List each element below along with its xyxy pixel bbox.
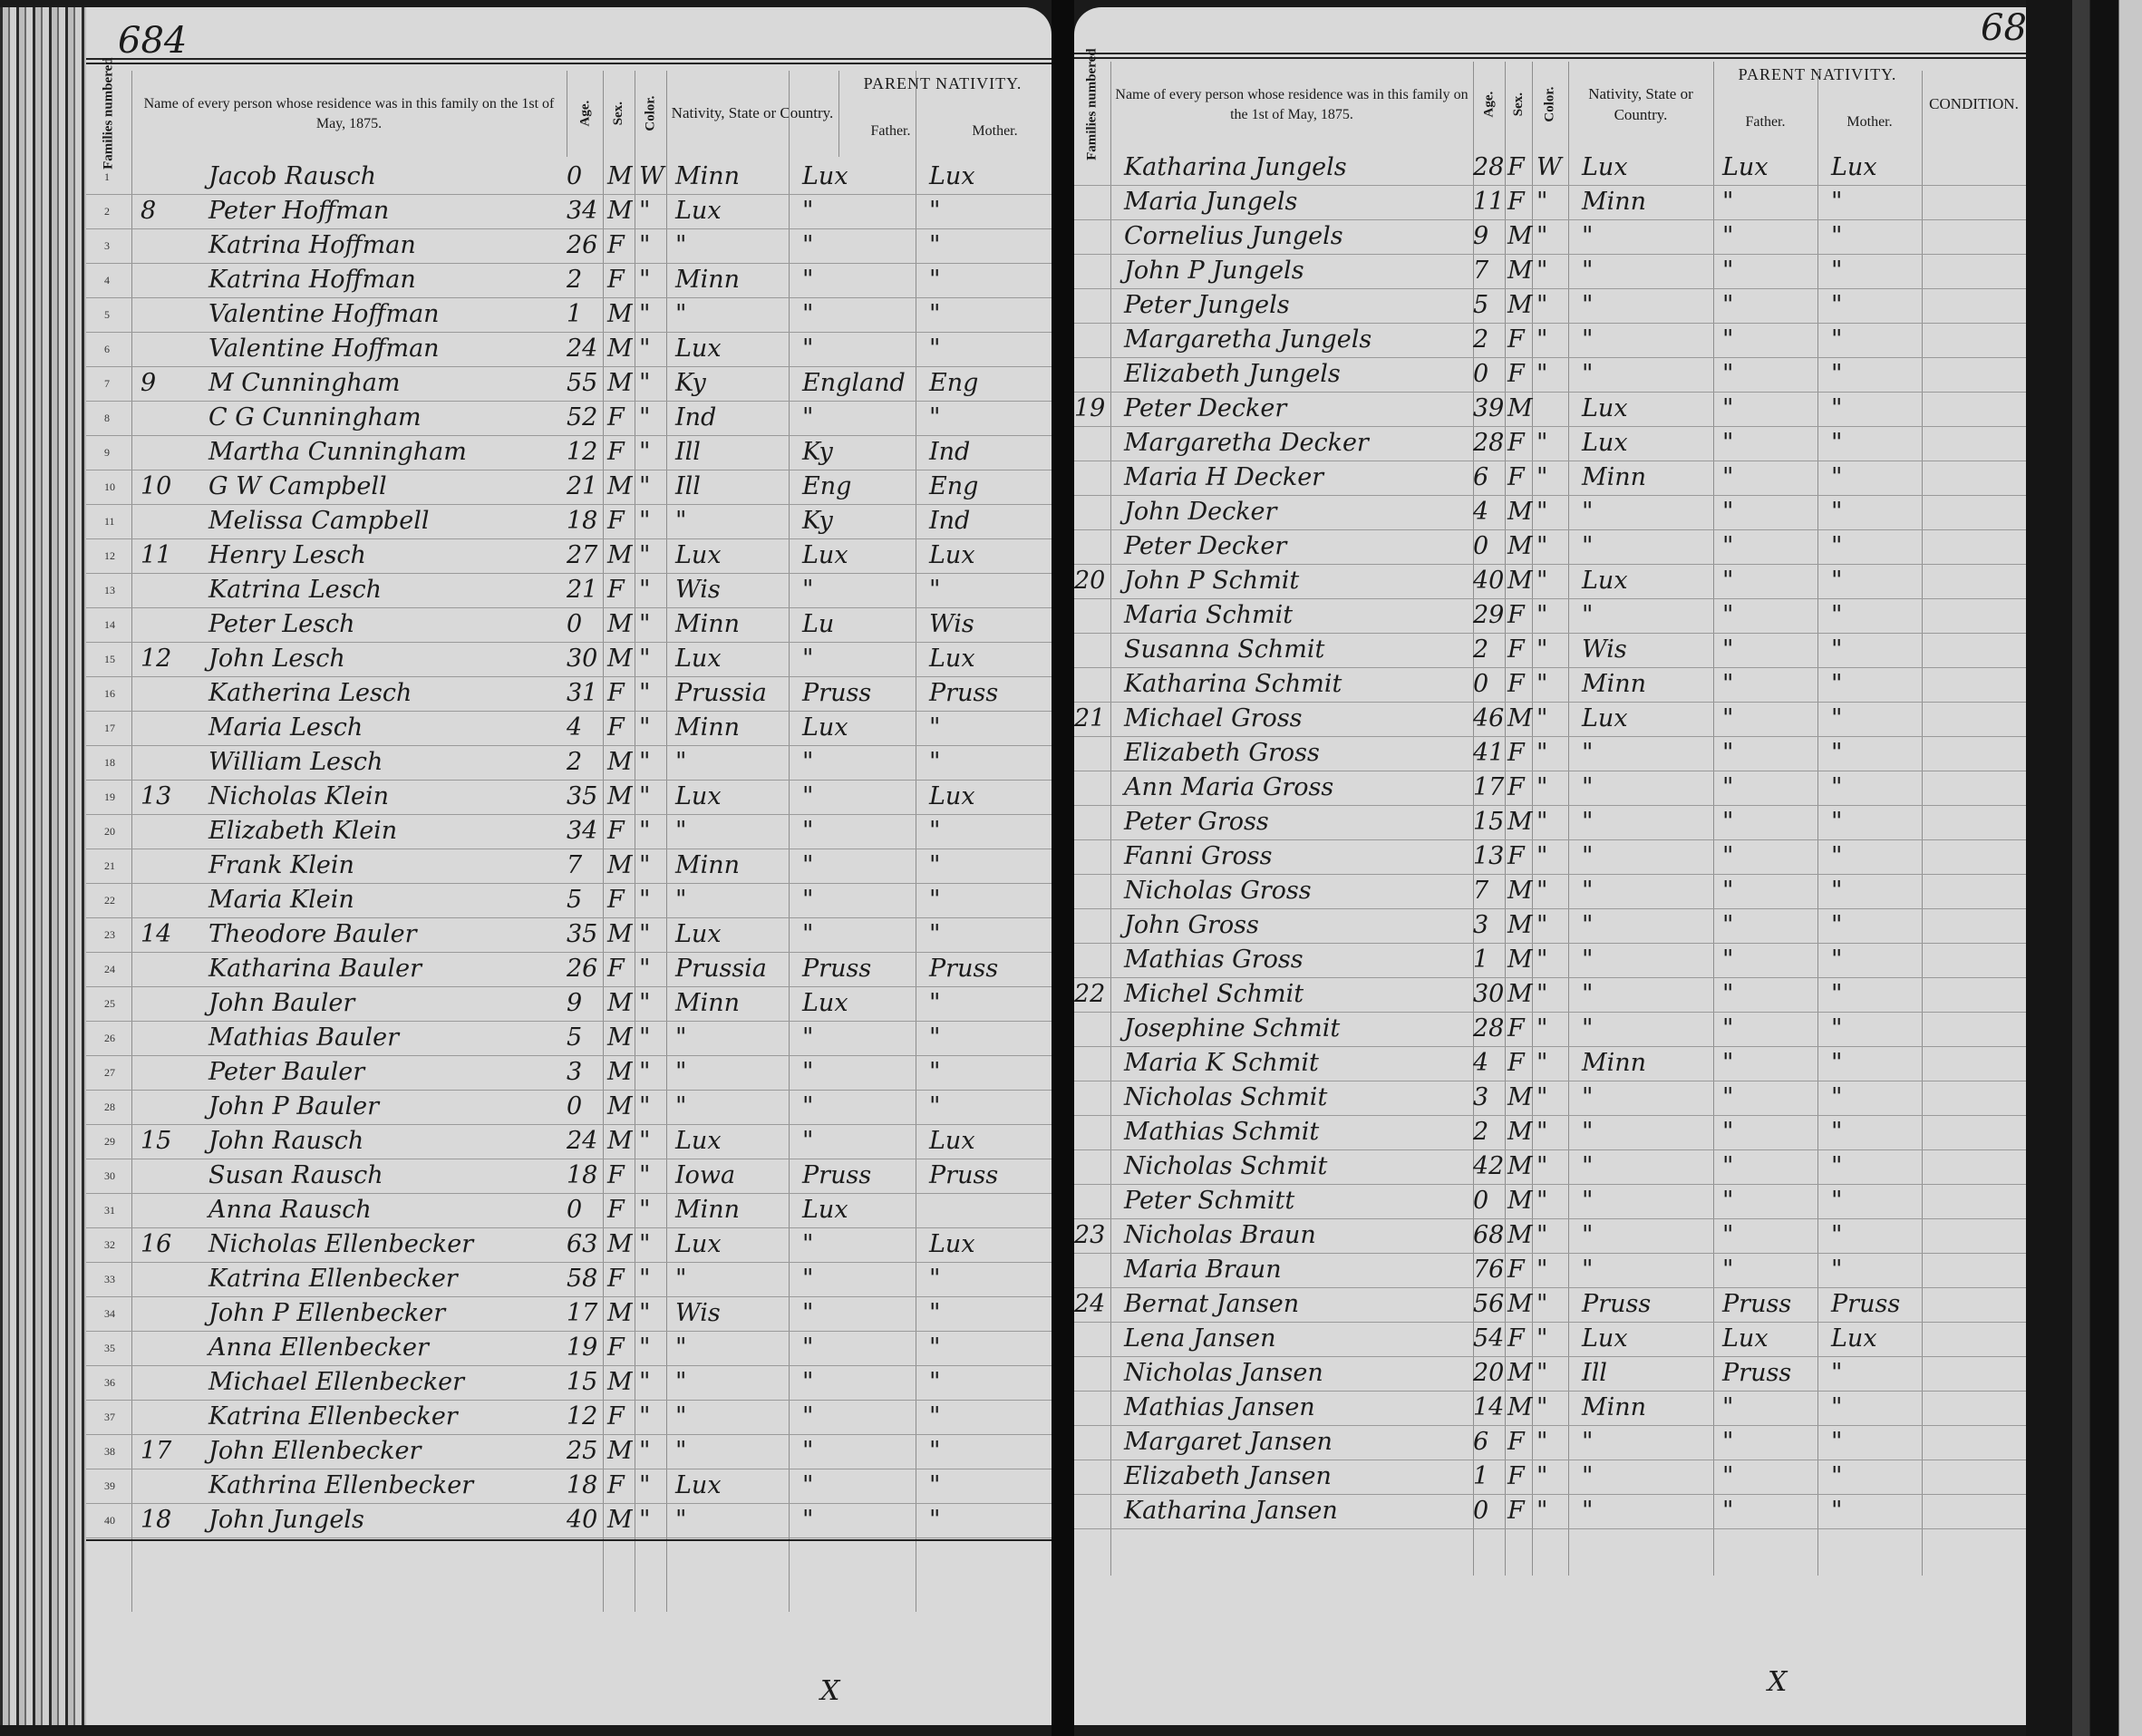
age-value: 4 — [1473, 1046, 1488, 1081]
color-value: " — [1536, 1494, 1547, 1528]
color-value: " — [639, 1021, 650, 1055]
age-value: 34 — [567, 814, 597, 849]
color-value: " — [1536, 736, 1547, 771]
ledger-row: Nicholas Schmit42M"""" — [1074, 1149, 2026, 1185]
ledger-row: 1211Henry Lesch27M"LuxLuxLux — [86, 538, 1052, 574]
line-number: 25 — [104, 986, 115, 1021]
sex-value: M — [607, 194, 633, 228]
line-number: 1 — [104, 160, 110, 194]
color-value: " — [639, 538, 650, 573]
person-name: Katrina Ellenbecker — [208, 1400, 458, 1434]
color-value: " — [1536, 943, 1547, 977]
header-sex: Sex. — [1505, 62, 1533, 148]
sex-value: M — [1507, 702, 1533, 736]
line-number: 21 — [104, 849, 115, 883]
age-value: 68 — [1473, 1218, 1504, 1253]
page-number: 685 — [1981, 7, 2026, 49]
sex-value: F — [607, 814, 625, 849]
mother-nativity: Lux — [1831, 1322, 1877, 1356]
mother-nativity: " — [1831, 908, 1842, 943]
father-nativity: " — [1722, 357, 1733, 392]
father-nativity: " — [1722, 185, 1733, 219]
age-value: 18 — [567, 504, 597, 538]
father-nativity: " — [1722, 805, 1733, 839]
nativity-value: " — [1582, 771, 1593, 805]
mother-nativity: Eng — [929, 470, 978, 504]
color-value: " — [1536, 288, 1547, 323]
father-nativity: " — [1722, 839, 1733, 874]
column-header: Families numbered Name of every person w… — [86, 71, 1052, 157]
person-name: Martha Cunningham — [208, 435, 467, 470]
father-nativity: " — [1722, 392, 1733, 426]
mother-nativity: " — [1831, 1218, 1842, 1253]
father-nativity: " — [802, 1331, 813, 1365]
sex-value: F — [1507, 598, 1525, 633]
age-value: 3 — [1473, 1081, 1488, 1115]
header-color: Color. — [1532, 62, 1569, 148]
sex-value: F — [607, 952, 625, 986]
color-value: " — [639, 573, 650, 607]
family-number: 10 — [141, 470, 171, 504]
age-value: 12 — [567, 1400, 597, 1434]
sex-value: M — [607, 1296, 633, 1331]
sex-value: M — [607, 470, 633, 504]
age-value: 28 — [1473, 150, 1504, 185]
nativity-value: " — [675, 814, 686, 849]
nativity-value: " — [1582, 1081, 1593, 1115]
age-value: 55 — [567, 366, 597, 401]
color-value: " — [1536, 529, 1547, 564]
sex-value: F — [607, 1159, 625, 1193]
mother-nativity: " — [929, 1021, 940, 1055]
ledger-row: 4018John Jungels40M"""" — [86, 1503, 1052, 1538]
color-value: " — [1536, 598, 1547, 633]
person-name: John P Schmit — [1124, 564, 1299, 598]
sex-value: F — [1507, 1253, 1525, 1287]
sex-value: F — [607, 504, 625, 538]
person-name: Peter Gross — [1124, 805, 1269, 839]
nativity-value: " — [1582, 288, 1593, 323]
color-value: " — [639, 470, 650, 504]
line-number: 16 — [104, 676, 115, 711]
line-number: 30 — [104, 1159, 115, 1193]
age-value: 24 — [567, 1124, 597, 1159]
father-nativity: " — [802, 194, 813, 228]
age-value: 1 — [567, 297, 582, 332]
person-name: Peter Lesch — [208, 607, 355, 642]
nativity-value: Minn — [675, 1193, 740, 1227]
color-value: " — [1536, 461, 1547, 495]
nativity-value: " — [1582, 1460, 1593, 1494]
nativity-value: Lux — [675, 332, 722, 366]
line-number: 38 — [104, 1434, 115, 1469]
age-value: 2 — [1473, 1115, 1488, 1149]
header-nativity: Nativity, State or Country. — [1568, 62, 1714, 148]
age-value: 3 — [567, 1055, 582, 1090]
father-nativity: Ky — [802, 435, 833, 470]
mother-nativity: Pruss — [929, 1159, 998, 1193]
color-value: " — [639, 1193, 650, 1227]
color-value: " — [1536, 357, 1547, 392]
person-name: Peter Bauler — [208, 1055, 364, 1090]
color-value: " — [1536, 1012, 1547, 1046]
nativity-value: Ill — [675, 470, 701, 504]
sex-value: F — [1507, 1494, 1525, 1528]
person-name: Anna Ellenbecker — [208, 1331, 429, 1365]
sex-value: F — [1507, 323, 1525, 357]
age-value: 20 — [1473, 1356, 1504, 1391]
sex-value: M — [1507, 529, 1533, 564]
sex-value: M — [607, 607, 633, 642]
nativity-value: Minn — [675, 986, 740, 1021]
nativity-value: " — [1582, 1494, 1593, 1528]
mother-nativity: " — [929, 1055, 940, 1090]
sex-value: M — [1507, 1149, 1533, 1184]
ledger-row: 2314Theodore Bauler35M"Lux"" — [86, 917, 1052, 953]
nativity-value: " — [1582, 908, 1593, 943]
person-name: Michael Gross — [1124, 702, 1303, 736]
mother-nativity: Lux — [929, 160, 975, 194]
mother-nativity: " — [929, 849, 940, 883]
line-number: 29 — [104, 1124, 115, 1159]
age-value: 18 — [567, 1159, 597, 1193]
person-name: Nicholas Ellenbecker — [208, 1227, 473, 1262]
person-name: Susan Rausch — [208, 1159, 383, 1193]
mother-nativity: Pruss — [929, 952, 998, 986]
sex-value: M — [607, 1503, 633, 1537]
age-value: 7 — [567, 849, 582, 883]
father-nativity: " — [802, 228, 813, 263]
age-value: 28 — [1473, 426, 1504, 461]
color-value: " — [639, 745, 650, 780]
father-nativity: " — [1722, 1046, 1733, 1081]
mother-nativity: " — [1831, 1149, 1842, 1184]
color-value: W — [639, 160, 664, 194]
ledger-row: 23Nicholas Braun68M"""" — [1074, 1218, 2026, 1254]
mother-nativity: " — [929, 573, 940, 607]
person-name: Elizabeth Jansen — [1124, 1460, 1332, 1494]
mother-nativity: " — [929, 332, 940, 366]
age-value: 19 — [567, 1331, 597, 1365]
page-edges — [0, 7, 86, 1725]
age-value: 9 — [1473, 219, 1488, 254]
color-value: " — [1536, 702, 1547, 736]
person-name: John Lesch — [208, 642, 345, 676]
color-value: " — [639, 814, 650, 849]
mother-nativity: " — [1831, 529, 1842, 564]
person-name: Valentine Hoffman — [208, 332, 440, 366]
family-number: 16 — [141, 1227, 171, 1262]
family-number: 14 — [141, 917, 171, 952]
ledger-row: 34John P Ellenbecker17M"Wis"" — [86, 1296, 1052, 1332]
father-nativity: " — [1722, 529, 1733, 564]
line-number: 5 — [104, 297, 110, 332]
nativity-value: Lux — [675, 642, 722, 676]
age-value: 9 — [567, 986, 582, 1021]
person-name: John P Bauler — [208, 1090, 379, 1124]
color-value: " — [639, 642, 650, 676]
family-number: 19 — [1074, 392, 1105, 426]
ledger-row: 27Peter Bauler3M"""" — [86, 1055, 1052, 1091]
person-name: Henry Lesch — [208, 538, 366, 573]
color-value: " — [639, 1159, 650, 1193]
ledger-row: Maria Jungels11F"Minn"" — [1074, 185, 2026, 220]
age-value: 26 — [567, 952, 597, 986]
ledger-row: Mathias Schmit2M"""" — [1074, 1115, 2026, 1150]
father-nativity: " — [802, 1365, 813, 1400]
nativity-value: " — [1582, 598, 1593, 633]
color-value: " — [639, 917, 650, 952]
person-name: Frank Klein — [208, 849, 354, 883]
ledger-row: Maria Schmit29F"""" — [1074, 598, 2026, 634]
color-value: " — [639, 228, 650, 263]
family-number: 17 — [141, 1434, 171, 1469]
age-value: 18 — [567, 1469, 597, 1503]
sex-value: M — [1507, 874, 1533, 908]
nativity-value: " — [1582, 529, 1593, 564]
mother-nativity: " — [1831, 1391, 1842, 1425]
nativity-value: " — [675, 1365, 686, 1400]
sex-value: F — [1507, 633, 1525, 667]
sex-value: M — [607, 642, 633, 676]
father-nativity: " — [1722, 1184, 1733, 1218]
age-value: 6 — [1473, 461, 1488, 495]
father-nativity: " — [1722, 1460, 1733, 1494]
person-name: Katharina Schmit — [1124, 667, 1342, 702]
father-nativity: Lux — [1722, 150, 1769, 185]
age-value: 14 — [1473, 1391, 1504, 1425]
mother-nativity: " — [1831, 1460, 1842, 1494]
nativity-value: " — [1582, 219, 1593, 254]
sex-value: F — [607, 228, 625, 263]
ledger-row: 79M Cunningham55M"KyEnglandEng — [86, 366, 1052, 402]
color-value: " — [639, 504, 650, 538]
family-number: 18 — [141, 1503, 171, 1537]
nativity-value: " — [675, 228, 686, 263]
sex-value: M — [607, 366, 633, 401]
sex-value: M — [1507, 1287, 1533, 1322]
color-value: " — [639, 1262, 650, 1296]
nativity-value: Minn — [675, 607, 740, 642]
family-number: 20 — [1074, 564, 1105, 598]
header-color: Color. — [635, 71, 667, 157]
line-number: 8 — [104, 401, 110, 435]
person-name: John Bauler — [208, 986, 354, 1021]
nativity-value: Lux — [1582, 392, 1628, 426]
header-age: Age. — [1473, 62, 1506, 148]
ledger-row: 36Michael Ellenbecker15M"""" — [86, 1365, 1052, 1401]
age-value: 34 — [567, 194, 597, 228]
nativity-value: Lux — [1582, 564, 1628, 598]
sex-value: F — [607, 676, 625, 711]
nativity-value: Prussia — [675, 952, 767, 986]
sex-value: F — [1507, 185, 1525, 219]
ledger-row: 3Katrina Hoffman26F"""" — [86, 228, 1052, 264]
age-value: 35 — [567, 917, 597, 952]
sex-value: F — [607, 401, 625, 435]
line-number: 9 — [104, 435, 110, 470]
color-value: " — [1536, 1391, 1547, 1425]
color-value: " — [1536, 564, 1547, 598]
person-name: Margaretha Decker — [1124, 426, 1369, 461]
ledger-row: 28John P Bauler0M"""" — [86, 1090, 1052, 1125]
person-name: Susanna Schmit — [1124, 633, 1324, 667]
ledger-row: Elizabeth Jansen1F"""" — [1074, 1460, 2026, 1495]
sex-value: F — [607, 263, 625, 297]
line-number: 39 — [104, 1469, 115, 1503]
nativity-value: " — [675, 1434, 686, 1469]
color-value: " — [1536, 185, 1547, 219]
sex-value: M — [607, 780, 633, 814]
person-name: Anna Rausch — [208, 1193, 372, 1227]
father-nativity: " — [1722, 771, 1733, 805]
family-number: 24 — [1074, 1287, 1105, 1322]
ledger-row: 22Michel Schmit30M"""" — [1074, 977, 2026, 1013]
nativity-value: Lux — [675, 917, 722, 952]
header-mother: Mother. — [943, 123, 1047, 140]
person-name: John Ellenbecker — [208, 1434, 421, 1469]
ledger-row: 18William Lesch2M"""" — [86, 745, 1052, 781]
person-name: Nicholas Jansen — [1124, 1356, 1323, 1391]
nativity-value: Lux — [1582, 1322, 1628, 1356]
mother-nativity: " — [1831, 323, 1842, 357]
ledger-row: Josephine Schmit28F"""" — [1074, 1012, 2026, 1047]
person-name: Nicholas Schmit — [1124, 1081, 1327, 1115]
person-name: Jacob Rausch — [208, 160, 376, 194]
header-nativity: Nativity, State or Country. — [666, 71, 839, 157]
father-nativity: " — [1722, 736, 1733, 771]
age-value: 46 — [1473, 702, 1504, 736]
ledger-row: Maria H Decker6F"Minn"" — [1074, 461, 2026, 496]
father-nativity: " — [1722, 1391, 1733, 1425]
nativity-value: Ky — [675, 366, 706, 401]
person-name: Lena Jansen — [1124, 1322, 1276, 1356]
father-nativity: " — [802, 1124, 813, 1159]
age-value: 52 — [567, 401, 597, 435]
ledger-row: Margaret Jansen6F"""" — [1074, 1425, 2026, 1460]
father-nativity: " — [802, 814, 813, 849]
nativity-value: Minn — [1582, 185, 1646, 219]
age-value: 3 — [1473, 908, 1488, 943]
color-value: " — [639, 607, 650, 642]
person-name: Bernat Jansen — [1124, 1287, 1299, 1322]
ledger-row: 17Maria Lesch4F"MinnLux" — [86, 711, 1052, 746]
ledger-row: 1010G W Campbell21M"IllEngEng — [86, 470, 1052, 505]
color-value: " — [639, 1227, 650, 1262]
person-name: Nicholas Gross — [1124, 874, 1312, 908]
line-number: 11 — [104, 504, 115, 538]
age-value: 21 — [567, 470, 597, 504]
ledger-row: 1913Nicholas Klein35M"Lux"Lux — [86, 780, 1052, 815]
ledger-row: Maria Braun76F"""" — [1074, 1253, 2026, 1288]
nativity-value: " — [675, 504, 686, 538]
father-nativity: " — [802, 1227, 813, 1262]
mother-nativity: " — [929, 1331, 940, 1365]
person-name: Peter Jungels — [1124, 288, 1290, 323]
nativity-value: " — [1582, 1012, 1593, 1046]
color-value: " — [639, 1503, 650, 1537]
age-value: 24 — [567, 332, 597, 366]
sex-value: F — [1507, 771, 1525, 805]
father-nativity: " — [1722, 564, 1733, 598]
ledger-row: 28Peter Hoffman34M"Lux"" — [86, 194, 1052, 229]
nativity-value: " — [1582, 254, 1593, 288]
line-number: 32 — [104, 1227, 115, 1262]
person-name: Katrina Ellenbecker — [208, 1262, 458, 1296]
ledger-row: Katharina Jungels28FWLuxLuxLux — [1074, 150, 2026, 186]
sex-value: M — [607, 1227, 633, 1262]
age-value: 2 — [1473, 323, 1488, 357]
color-value: " — [1536, 874, 1547, 908]
father-nativity: Ky — [802, 504, 833, 538]
mother-nativity: " — [1831, 633, 1842, 667]
line-number: 10 — [104, 470, 115, 504]
line-number: 17 — [104, 711, 115, 745]
ledger-row: Elizabeth Jungels0F"""" — [1074, 357, 2026, 393]
ledger-row: Susanna Schmit2F"Wis"" — [1074, 633, 2026, 668]
line-number: 14 — [104, 607, 115, 642]
sex-value: F — [1507, 667, 1525, 702]
mother-nativity: " — [1831, 219, 1842, 254]
mother-nativity: " — [1831, 254, 1842, 288]
line-number: 13 — [104, 573, 115, 607]
father-nativity: " — [1722, 323, 1733, 357]
father-nativity: Pruss — [1722, 1287, 1791, 1322]
person-name: Katharina Jungels — [1124, 150, 1347, 185]
person-name: C G Cunningham — [208, 401, 422, 435]
father-nativity: " — [1722, 943, 1733, 977]
color-value: " — [1536, 1253, 1547, 1287]
color-value: " — [639, 1124, 650, 1159]
color-value: " — [1536, 667, 1547, 702]
nativity-value: Minn — [1582, 461, 1646, 495]
mother-nativity: " — [1831, 667, 1842, 702]
person-name: Peter Decker — [1124, 392, 1286, 426]
nativity-value: Ill — [675, 435, 701, 470]
age-value: 28 — [1473, 1012, 1504, 1046]
header-condition: CONDITION. — [1922, 62, 2026, 148]
mother-nativity: Lux — [1831, 150, 1877, 185]
father-nativity: " — [802, 1021, 813, 1055]
mother-nativity: " — [1831, 357, 1842, 392]
line-number: 26 — [104, 1021, 115, 1055]
mother-nativity: " — [929, 1400, 940, 1434]
person-name: Katherina Lesch — [208, 676, 412, 711]
header-age: Age. — [567, 71, 604, 157]
mother-nativity: " — [929, 297, 940, 332]
family-number: 13 — [141, 780, 171, 814]
father-nativity: Lu — [802, 607, 834, 642]
father-nativity: " — [802, 1055, 813, 1090]
line-number: 31 — [104, 1193, 115, 1227]
mother-nativity: " — [1831, 1184, 1842, 1218]
person-name: Katrina Hoffman — [208, 263, 416, 297]
mother-nativity: Eng — [929, 366, 978, 401]
family-number: 22 — [1074, 977, 1105, 1012]
color-value: " — [1536, 254, 1547, 288]
ledger-row: 1Jacob Rausch0MWMinnLuxLux — [86, 160, 1052, 195]
father-nativity: " — [1722, 495, 1733, 529]
ledger-row: John Decker4M"""" — [1074, 495, 2026, 530]
mother-nativity: Lux — [929, 780, 975, 814]
age-value: 0 — [1473, 667, 1488, 702]
mother-nativity: " — [1831, 598, 1842, 633]
ledger-row: Elizabeth Gross41F"""" — [1074, 736, 2026, 771]
age-value: 2 — [567, 745, 582, 780]
nativity-value: " — [1582, 977, 1593, 1012]
color-value: " — [1536, 1460, 1547, 1494]
mother-nativity: " — [929, 1090, 940, 1124]
